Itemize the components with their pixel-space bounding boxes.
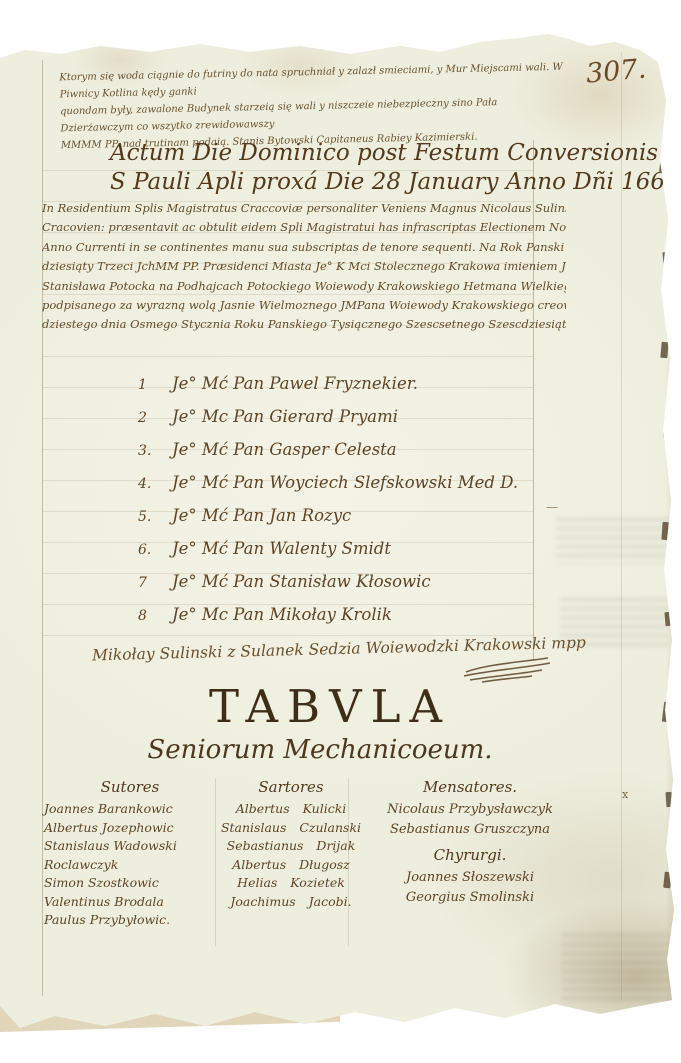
show-through-smudge	[556, 512, 674, 564]
item-number: 6.	[138, 542, 172, 558]
guild-member: Albertus Jozephowic	[44, 819, 216, 838]
tabula-title: TABVLA	[130, 680, 530, 733]
act-heading-line2: S Pauli Apli proxá Die 28 January Anno D…	[110, 169, 590, 195]
preamble-line: Anno Currenti in se continentes manu sua…	[42, 238, 566, 257]
preamble-line: Cracovien: præsentavit ac obtulit eidem …	[42, 218, 566, 237]
guild-member: Stanislaus Czulanski	[210, 819, 372, 838]
subcolumn-header: Chyrurgi.	[378, 846, 562, 864]
item-number: 2	[138, 410, 172, 426]
item-name: Je° Mć Pan Walenty Smidt	[172, 539, 391, 558]
deckle-speck	[660, 342, 668, 359]
deckle-speck	[662, 252, 669, 265]
guild-member: Georgius Smolinski	[378, 888, 562, 908]
guild-member: Albertus Kulicki	[210, 800, 372, 819]
list-item: 8 Je° Mc Pan Mikołay Krolik	[138, 605, 518, 625]
guild-member: Valentinus Brodala	[44, 893, 216, 912]
item-name: Je° Mć Pan Pawel Fryznekier.	[172, 374, 418, 393]
item-number: 4.	[138, 476, 172, 492]
item-number: 7	[138, 575, 172, 591]
item-number: 5.	[138, 509, 172, 525]
guild-member: Joannes Barankowic	[44, 800, 216, 819]
item-name: Je° Mć Pan Gasper Celesta	[172, 440, 397, 459]
item-number: 8	[138, 608, 172, 624]
preamble-line: dziestego dnia Osmego Stycznia Roku Pans…	[42, 315, 566, 334]
act-heading-line1: Actum Die Dominico post Festum Conversio…	[110, 140, 590, 166]
column-header: Sartores	[210, 778, 372, 796]
guild-member: Helias Kozietek	[210, 874, 372, 893]
column-header: Mensatores.	[378, 778, 562, 796]
column-mensatores: Mensatores. Nicolaus Przybysławczyk Seba…	[378, 778, 562, 908]
list-item: 6. Je° Mć Pan Walenty Smidt	[138, 539, 518, 559]
manuscript-page: 307. Ktorym się woda ciągnie do futriny …	[0, 0, 681, 1063]
column-header: Sutores	[44, 778, 216, 796]
act-preamble: In Residentium Splis Magistratus Craccov…	[42, 199, 566, 335]
guild-member: Joannes Słoszewski	[378, 868, 562, 888]
item-name: Je° Mc Pan Gierard Pryami	[172, 407, 398, 426]
deckle-speck	[662, 702, 671, 723]
list-item: 2 Je° Mc Pan Gierard Pryami	[138, 407, 518, 427]
list-item: 5. Je° Mć Pan Jan Rozyc	[138, 506, 518, 526]
item-name: Je° Mć Pan Stanisław Kłosowic	[172, 572, 431, 591]
list-item: 4. Je° Mć Pan Woyciech Slefskowski Med D…	[138, 473, 518, 493]
guild-member: Nicolaus Przybysławczyk	[378, 800, 562, 820]
manuscript-photo: 307. Ktorym się woda ciągnie do futriny …	[0, 0, 681, 1063]
preamble-line: Stanisława Potocka na Podhajcach Potocki…	[42, 277, 566, 296]
deckle-speck	[663, 432, 671, 446]
item-number: 3.	[138, 443, 172, 459]
tabula-subtitle: Seniorum Mechanicoeum.	[100, 735, 540, 765]
guild-member: Paulus Przybyłowic.	[44, 911, 216, 930]
item-name: Je° Mć Pan Jan Rozyc	[172, 506, 351, 525]
deckle-speck	[665, 792, 672, 807]
list-item: 3. Je° Mć Pan Gasper Celesta	[138, 440, 518, 460]
deckle-speck	[664, 612, 671, 626]
preamble-line: In Residentium Splis Magistratus Craccov…	[42, 199, 566, 218]
preamble-line: podpisanego za wyrazną wolą Jasnie Wielm…	[42, 296, 566, 315]
deckle-speck	[661, 522, 669, 540]
electors-list: 1 Je° Mć Pan Pawel Fryznekier. 2 Je° Mc …	[138, 374, 518, 625]
guild-member: Joachimus Jacobi.	[210, 893, 372, 912]
folio-number: 307.	[585, 53, 648, 89]
list-item: 1 Je° Mć Pan Pawel Fryznekier.	[138, 374, 518, 394]
show-through-smudge	[562, 928, 670, 1002]
guild-member: Sebastianus Gruszczyna	[378, 820, 562, 840]
item-name: Je° Mc Pan Mikołay Krolik	[172, 605, 392, 624]
guild-member: Stanislaus Wadowski Roclawczyk	[44, 837, 216, 874]
signature-scribble	[462, 650, 552, 684]
guild-member: Albertus Długosz	[210, 856, 372, 875]
margin-dash-mark: —	[546, 500, 558, 514]
list-item: 7 Je° Mć Pan Stanisław Kłosowic	[138, 572, 518, 592]
guild-member: Simon Szostkowic	[44, 874, 216, 893]
margin-x-mark: x	[622, 788, 628, 801]
item-number: 1	[138, 377, 172, 393]
deckle-speck	[663, 872, 672, 889]
preamble-line: dziesiąty Trzeci JchMM PP. Præsidenci Mi…	[42, 257, 566, 276]
column-sartores: Sartores Albertus Kulicki Stanislaus Czu…	[210, 778, 372, 911]
column-sutores: Sutores Joannes Barankowic Albertus Joze…	[44, 778, 216, 930]
item-name: Je° Mć Pan Woyciech Slefskowski Med D.	[172, 473, 518, 492]
guild-member: Sebastianus Drijak	[210, 837, 372, 856]
